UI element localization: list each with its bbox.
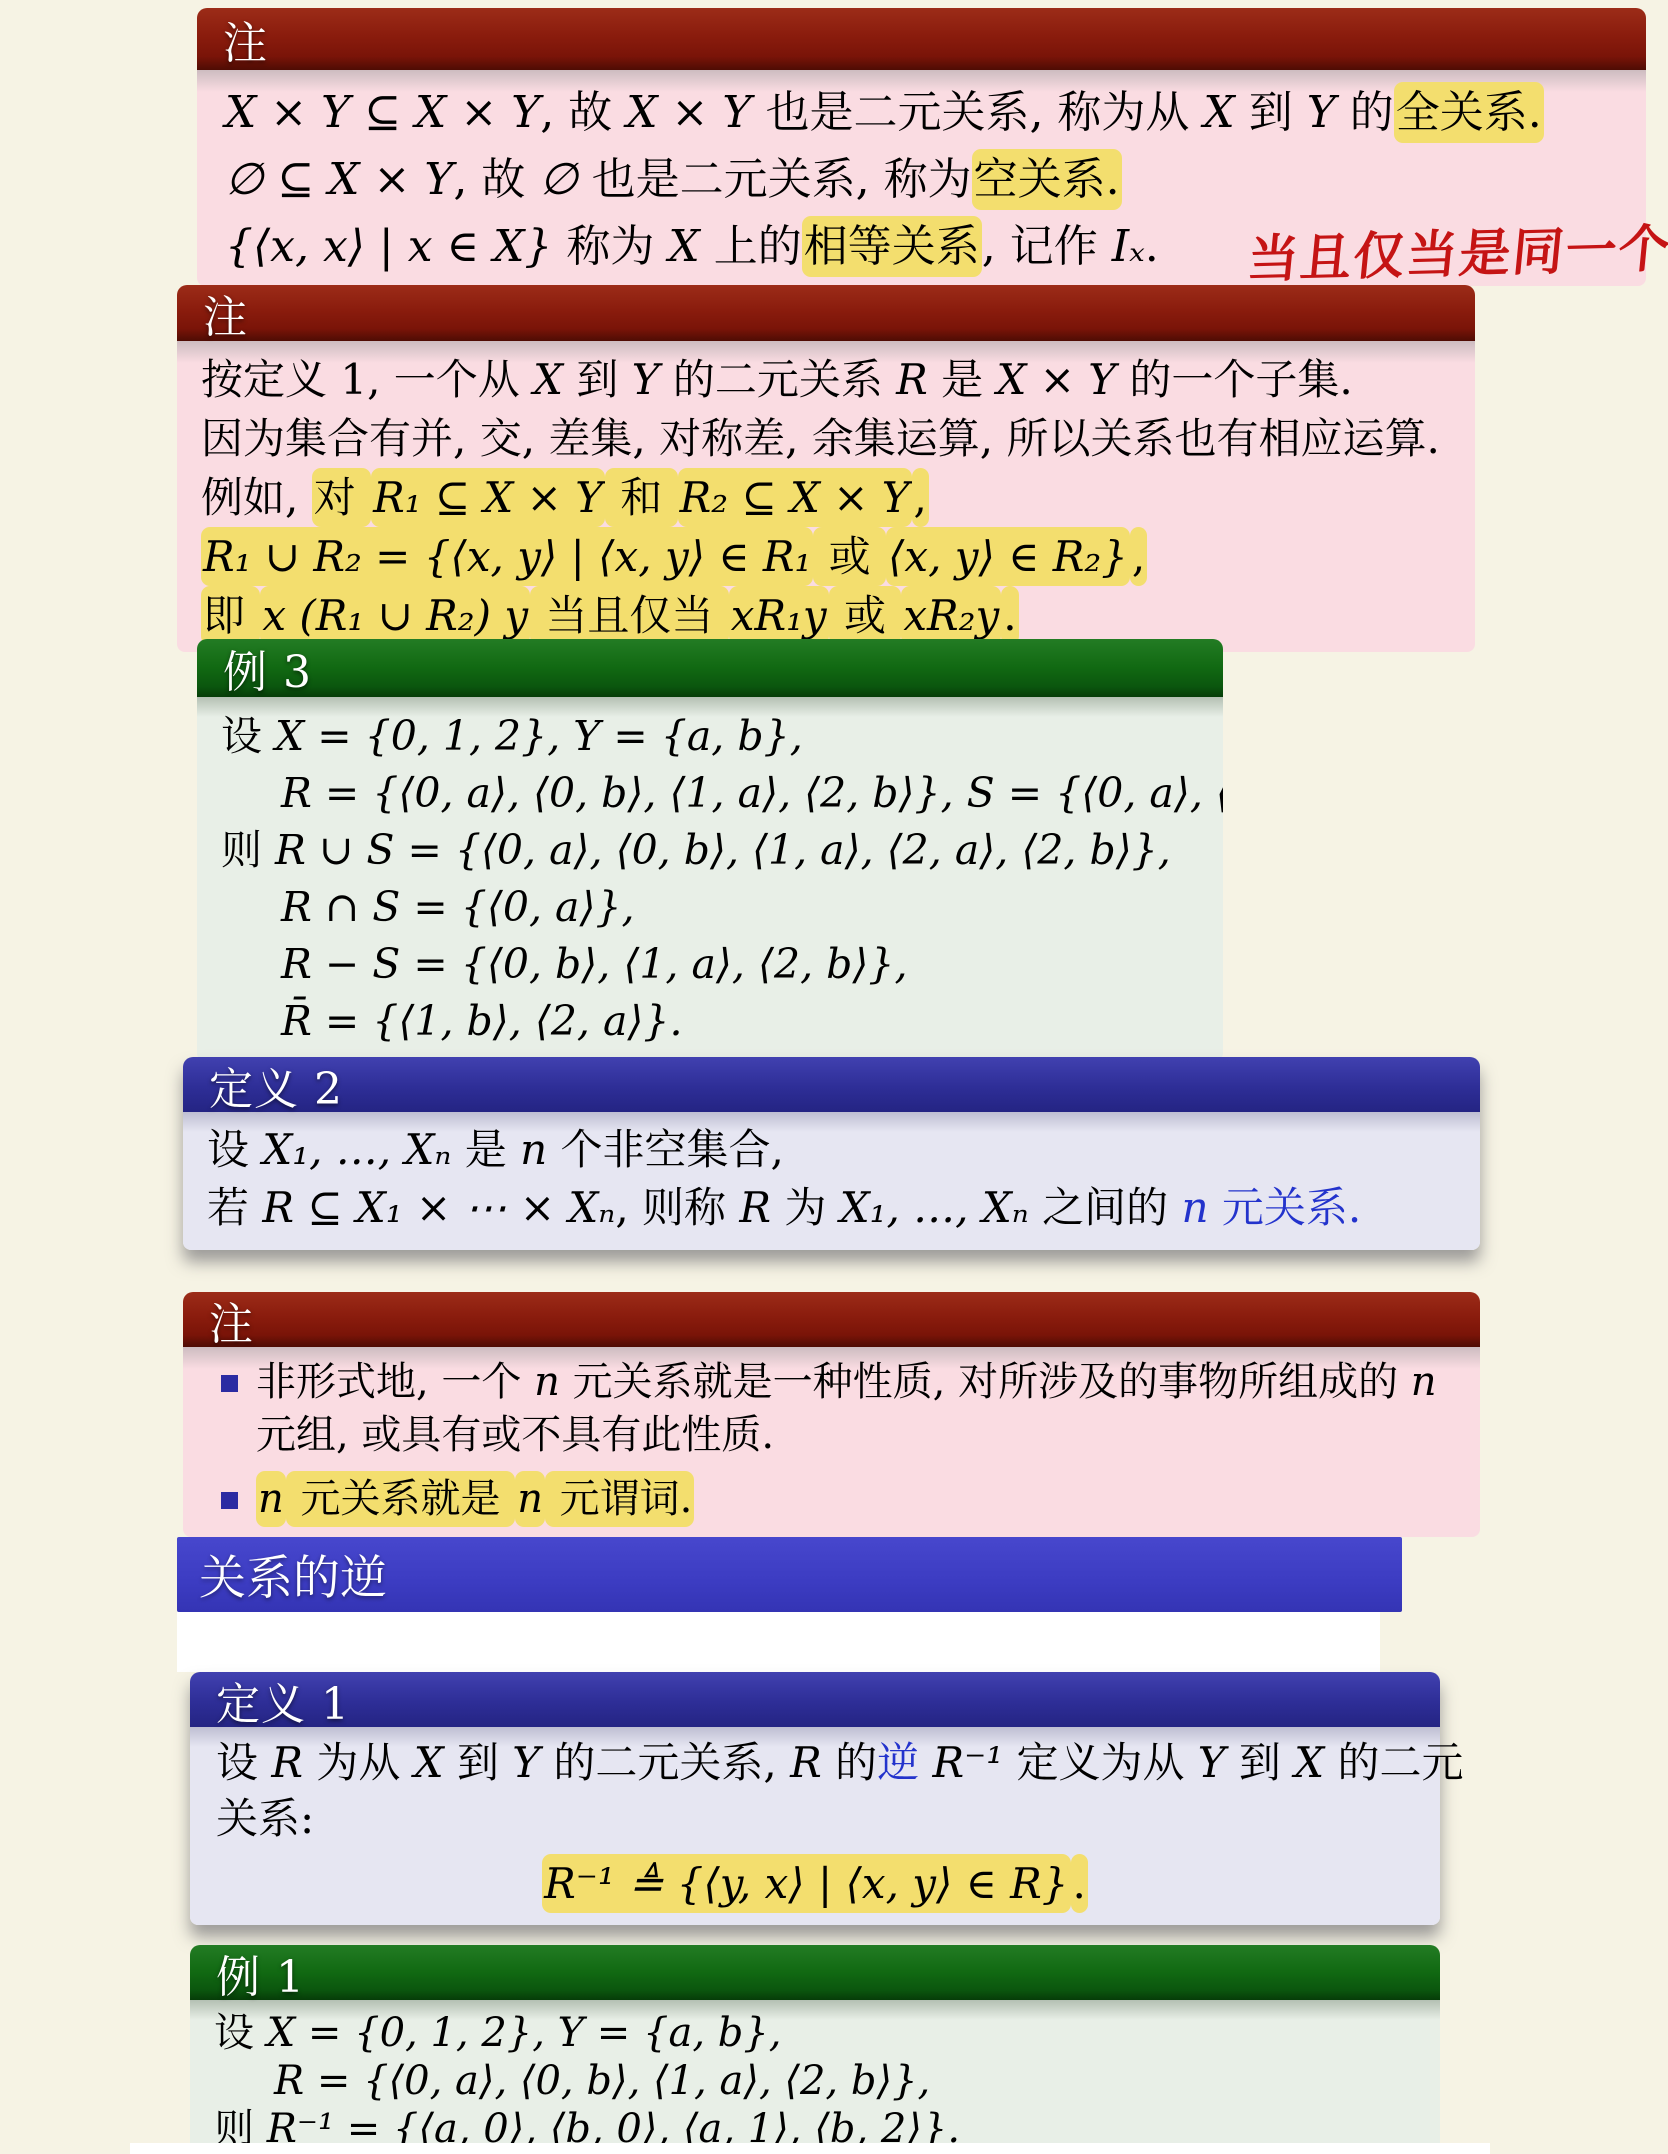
text-segment: , 记作 [982,221,1112,272]
text-segment: X × Y [997,355,1117,404]
section-title: 关系的逆 [199,1541,387,1608]
text-segment: , [1130,527,1147,586]
text-segment: 元关系就是 [286,1471,515,1527]
text-segment: R̄ = {⟨1, b⟩, ⟨2, a⟩}. [281,997,683,1045]
bullet-item: n 元关系就是 n 元谓词. [207,1473,1456,1526]
text-segment: 的 [822,1738,877,1787]
text-segment: R ∪ S = {⟨0, a⟩, ⟨0, b⟩, ⟨1, a⟩, ⟨2, a⟩,… [275,826,1171,874]
text-segment: X₁, …, Xₙ [840,1183,1029,1232]
block-title: 定义 1 [216,1668,350,1732]
text-segment: 到 [444,1738,513,1787]
text-segment: n [1411,1359,1437,1405]
text-segment: 到 [563,355,632,404]
text-segment: X [1203,87,1234,138]
text-segment: X [668,221,699,272]
section-title-bar: 关系的逆 [177,1537,1402,1612]
text-segment: 元关系. [1209,1183,1362,1232]
example-1-body: 设 X = {0, 1, 2}, Y = {a, b}, R = {⟨0, a⟩… [190,2000,1440,2154]
text-segment: 设 [216,1738,271,1787]
text-segment: 全关系. [1394,82,1544,143]
text-segment: 称为 [552,221,668,272]
text-segment: X [414,1738,444,1787]
definition-2-body: 设 X₁, …, Xₙ 是 n 个非空集合, 若 R ⊆ X₁ × ⋯ × Xₙ… [183,1112,1480,1250]
text-segment: 因为集合有并, 交, 差集, 对称差, 余集运算, 所以关系也有相应运算. [201,414,1440,463]
text-segment: 的二元 [1324,1738,1463,1787]
text-line: 例如, 对 R₁ ⊆ X × Y 和 R₂ ⊆ X × Y, [201,468,1451,527]
text-line: 设 X₁, …, Xₙ 是 n 个非空集合, [207,1121,1456,1179]
lecture-notes-collage: 注 X × Y ⊆ X × Y, 故 X × Y 也是二元关系, 称为从 X 到… [0,0,1668,2154]
example-1-block: 例 1 设 X = {0, 1, 2}, Y = {a, b}, R = {⟨0… [190,1945,1440,2154]
text-segment: 对 [312,468,371,527]
text-segment: 为 [771,1183,840,1232]
text-line: R = {⟨0, a⟩, ⟨0, b⟩, ⟨1, a⟩, ⟨2, b⟩}, [214,2057,1416,2105]
example-3-header: 例 3 [197,639,1223,697]
text-segment: 到 [1226,1738,1295,1787]
text-line: X × Y ⊆ X × Y, 故 X × Y 也是二元关系, 称为从 X 到 Y… [225,79,1618,146]
text-segment: R [271,1738,303,1787]
definition-1-body: 设 R 为从 X 到 Y 的二元关系, R 的逆 R⁻¹ 定义为从 Y 到 X … [190,1727,1440,1925]
text-segment: 元关系就是一种性质, 对所涉及的事物所组成的 [560,1359,1411,1405]
text-segment: 相等关系 [802,216,982,277]
text-segment: 的 [1336,87,1394,138]
text-line: 设 X = {0, 1, 2}, Y = {a, b}, [221,708,1199,765]
text-segment: 和 [605,468,678,527]
text-segment: ∅ [539,154,577,205]
text-segment: X × Y ⊆ X × Y [225,87,540,138]
text-segment: 或 [813,527,886,586]
block-title: 例 3 [223,639,312,700]
text-segment: . [1145,221,1159,272]
text-segment: , 故 [453,154,539,205]
text-segment: Y [1307,87,1336,138]
text-segment: ⟨x, y⟩ ∈ R₂} [886,527,1130,586]
note-block-3-header: 注 [183,1292,1480,1347]
text-segment: X = {0, 1, 2}, Y = {a, b}, [275,712,803,760]
text-segment: 即 [201,586,260,645]
text-segment: 则 [221,826,275,874]
white-spacer [177,1612,1380,1672]
text-segment: 上的 [700,221,802,272]
text-segment: n [1181,1183,1208,1232]
text-segment: 也是二元关系, 称为 [578,154,972,205]
text-segment: 元组, 或具有或不具有此性质. [256,1412,774,1458]
text-segment: 也是二元关系, 称为从 [751,87,1203,138]
text-segment [919,1738,932,1787]
text-segment: 的二元关系, [540,1738,790,1787]
note-block-3: 注 非形式地, 一个 n 元关系就是一种性质, 对所涉及的事物所组成的 n 元组… [183,1292,1480,1537]
text-segment: R = {⟨0, a⟩, ⟨0, b⟩, ⟨1, a⟩, ⟨2, b⟩}, [274,2058,930,2104]
definition-2-block: 定义 2 设 X₁, …, Xₙ 是 n 个非空集合, 若 R ⊆ X₁ × ⋯… [183,1057,1480,1250]
text-segment: R − S = {⟨0, b⟩, ⟨1, a⟩, ⟨2, b⟩}, [281,940,908,988]
bottom-white-strip [130,2143,1490,2154]
text-line: 关系: [216,1791,1414,1847]
block-title: 注 [203,285,248,345]
text-segment: R⁻¹ [932,1738,1003,1787]
handwritten-annotation: 当且仅当是同一个对象 [1245,204,1668,292]
bullet-item: 非形式地, 一个 n 元关系就是一种性质, 对所涉及的事物所组成的 n 元组, … [207,1356,1456,1462]
text-segment: 空关系. [972,149,1122,210]
text-segment: R = {⟨0, a⟩, ⟨0, b⟩, ⟨1, a⟩, ⟨2, b⟩}, S … [281,769,1223,817]
text-segment: 到 [1235,87,1307,138]
text-segment: 按定义 1, 一个从 [201,355,533,404]
text-segment: 之间的 [1029,1183,1182,1232]
text-segment: R⁻¹ ≜ {⟨y, x⟩ | ⟨x, y⟩ ∈ R} [542,1854,1070,1913]
text-segment: . [1001,586,1018,645]
note-block-1-header: 注 [197,8,1646,70]
text-line: 设 R 为从 X 到 Y 的二元关系, R 的逆 R⁻¹ 定义为从 Y 到 X … [216,1735,1414,1791]
definition-1-header: 定义 1 [190,1672,1440,1727]
example-1-header: 例 1 [190,1945,1440,2000]
text-line: 设 X = {0, 1, 2}, Y = {a, b}, [214,2009,1416,2057]
text-segment: 非形式地, 一个 [256,1359,534,1405]
text-segment: Y [512,1738,540,1787]
text-segment: 的一个子集. [1116,355,1353,404]
note-block-2: 注 按定义 1, 一个从 X 到 Y 的二元关系 R 是 X × Y 的一个子集… [177,285,1475,652]
text-segment: X₁, …, Xₙ [262,1125,451,1174]
text-segment: Iₓ [1112,221,1145,272]
text-line: 非形式地, 一个 n 元关系就是一种性质, 对所涉及的事物所组成的 n 元组, … [256,1356,1456,1462]
text-segment: 设 [214,2010,267,2056]
definition-2-header: 定义 2 [183,1057,1480,1112]
text-segment: Y [632,355,660,404]
example-3-body: 设 X = {0, 1, 2}, Y = {a, b}, R = {⟨0, a⟩… [197,697,1223,1061]
text-segment: X × Y [626,87,751,138]
text-segment: 的二元关系 [659,355,896,404]
formula-line: R⁻¹ ≜ {⟨y, x⟩ | ⟨x, y⟩ ∈ R}. [216,1853,1414,1915]
text-line: n 元关系就是 n 元谓词. [256,1473,694,1526]
text-segment: R₁ ∪ R₂ = {⟨x, y⟩ | ⟨x, y⟩ ∈ R₁ [201,527,813,586]
text-segment: xR₂y [901,586,1001,645]
text-segment: 若 [207,1183,262,1232]
text-segment: 设 [207,1125,262,1174]
text-segment: R₁ ⊆ X × Y [371,468,605,527]
text-segment: 例如, [201,473,312,522]
text-segment: 当且仅当 [530,586,729,645]
text-segment: 关系: [216,1794,314,1843]
text-segment: 或 [829,586,902,645]
text-segment: n [520,1125,547,1174]
text-segment: R ∩ S = {⟨0, a⟩}, [281,883,635,931]
bullet-square-icon [221,1375,238,1392]
text-segment: , 则称 [615,1183,739,1232]
text-line: 因为集合有并, 交, 差集, 对称差, 余集运算, 所以关系也有相应运算. [201,409,1451,468]
text-segment: 逆 [877,1738,919,1787]
text-segment: n [256,1471,286,1527]
text-segment: R [739,1183,771,1232]
text-line: R̄ = {⟨1, b⟩, ⟨2, a⟩}. [221,993,1199,1050]
note-block-2-body: 按定义 1, 一个从 X 到 Y 的二元关系 R 是 X × Y 的一个子集. … [177,341,1475,652]
text-line: 按定义 1, 一个从 X 到 Y 的二元关系 R 是 X × Y 的一个子集. [201,350,1451,409]
text-segment: 是 [451,1125,520,1174]
text-segment: {⟨x, x⟩ | x ∈ X} [225,221,552,272]
note-block-2-header: 注 [177,285,1475,341]
text-line: ∅ ⊆ X × Y, 故 ∅ 也是二元关系, 称为空关系. [225,146,1618,213]
block-title: 例 1 [216,1945,305,2005]
example-3-block: 例 3 设 X = {0, 1, 2}, Y = {a, b}, R = {⟨0… [197,639,1223,1061]
text-line: 若 R ⊆ X₁ × ⋯ × Xₙ, 则称 R 为 X₁, …, Xₙ 之间的 … [207,1179,1456,1237]
block-title: 注 [223,8,268,71]
text-segment: R [790,1738,822,1787]
text-segment: xR₁y [729,586,829,645]
text-segment: 设 [221,712,275,760]
text-segment: X [1294,1738,1324,1787]
text-segment: 个非空集合, [547,1125,784,1174]
text-line: 即 x (R₁ ∪ R₂) y 当且仅当 xR₁y 或 xR₂y. [201,586,1451,645]
text-segment: 为从 [303,1738,414,1787]
text-segment: Y [1198,1738,1226,1787]
text-segment: n [534,1359,560,1405]
text-segment: X = {0, 1, 2}, Y = {a, b}, [267,2010,782,2056]
definition-1-block: 定义 1 设 R 为从 X 到 Y 的二元关系, R 的逆 R⁻¹ 定义为从 Y… [190,1672,1440,1925]
text-segment: R ⊆ X₁ × ⋯ × Xₙ [262,1183,615,1232]
text-segment: 是 [928,355,997,404]
text-segment: . [1071,1854,1088,1913]
text-segment: 定义为从 [1003,1738,1198,1787]
text-segment: R₂ ⊆ X × Y [678,468,912,527]
text-line: R = {⟨0, a⟩, ⟨0, b⟩, ⟨1, a⟩, ⟨2, b⟩}, S … [221,765,1199,822]
text-segment: X [533,355,563,404]
text-segment: 元谓词. [545,1471,694,1527]
text-line: R₁ ∪ R₂ = {⟨x, y⟩ | ⟨x, y⟩ ∈ R₁ 或 ⟨x, y⟩… [201,527,1451,586]
text-line: R ∩ S = {⟨0, a⟩}, [221,879,1199,936]
text-segment: x (R₁ ∪ R₂) y [260,586,530,645]
text-segment: , 故 [540,87,626,138]
bullet-square-icon [221,1492,238,1509]
text-segment: , [912,468,929,527]
text-segment: n [515,1471,545,1527]
block-title: 注 [209,1292,254,1352]
block-title: 定义 2 [209,1053,343,1117]
text-line: 则 R ∪ S = {⟨0, a⟩, ⟨0, b⟩, ⟨1, a⟩, ⟨2, a… [221,822,1199,879]
text-line: R − S = {⟨0, b⟩, ⟨1, a⟩, ⟨2, b⟩}, [221,936,1199,993]
note-block-3-body: 非形式地, 一个 n 元关系就是一种性质, 对所涉及的事物所组成的 n 元组, … [183,1347,1480,1537]
text-segment: R [896,355,928,404]
text-segment: ∅ ⊆ X × Y [225,154,453,205]
